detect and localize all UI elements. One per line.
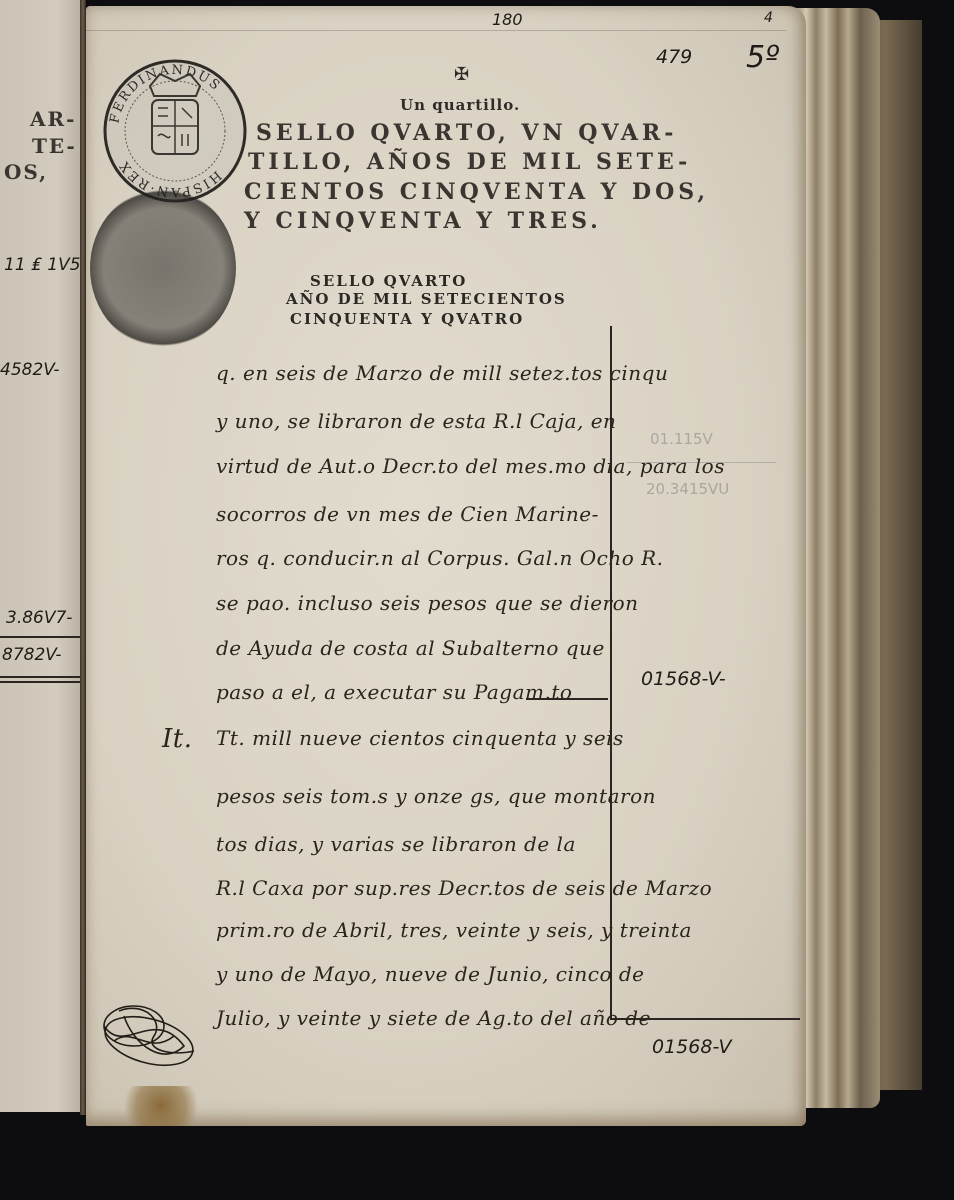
notary-flourish <box>94 996 204 1076</box>
faint-offset-amount-2: 20.3415VU <box>646 480 729 498</box>
manuscript-line-3: virtud de Aut.o Decr.to del mes.mo dia, … <box>216 454 725 478</box>
printed-header-line-4: Y CINQVENTA Y TRES. <box>244 207 602 236</box>
manuscript-line-4: socorros de vn mes de Cien Marine- <box>216 502 599 526</box>
right-margin-amount-1: 01568-V- <box>641 668 726 690</box>
left-margin-amount-4: 8782V- <box>2 645 62 665</box>
manuscript-line-7: de Ayuda de costa al Subalterno que <box>216 636 605 660</box>
manuscript-line-5: ros q. conducir.n al Corpus. Gal.n Ocho … <box>216 546 664 570</box>
printed-header-line-2: TILLO, AÑOS DE MIL SETE- <box>248 148 691 177</box>
top-fold-line <box>86 30 786 31</box>
marginal-item-label: It. <box>162 724 192 754</box>
right-margin-amount-2: 01568-V <box>652 1036 732 1058</box>
ink-dry-seal <box>90 188 236 348</box>
cross-icon: ✠ <box>454 64 469 85</box>
manuscript-line-15: Julio, y veinte y siete de Ag.to del año… <box>216 1006 651 1030</box>
coat-of-arms-seal-icon: FERDINANDUS HISPAN·REX <box>100 56 250 206</box>
royal-seal: FERDINANDUS HISPAN·REX <box>100 56 250 206</box>
left-margin-amount-2: 4582V- <box>0 360 60 380</box>
folio-number: 479 <box>656 46 692 68</box>
manuscript-line-13: prim.ro de Abril, tres, veinte y seis, y… <box>216 918 692 942</box>
manuscript-line-11: tos dias, y varias se libraron de la <box>216 832 576 856</box>
left-rule-2 <box>0 676 80 678</box>
left-rule-1 <box>0 636 80 638</box>
manuscript-line-2: y uno, se libraron de esta R.l Caja, en <box>216 409 616 433</box>
paper-stain <box>116 1086 206 1126</box>
corner-top-mark: 4 <box>764 10 773 26</box>
left-page: AR- TE- OS, 11 ₤ 1V5- 4582V- 3.86V7- 878… <box>0 0 82 1112</box>
left-printed-fragment-1: AR- <box>30 105 76 134</box>
left-margin-amount-1: 11 ₤ 1V5- <box>4 255 87 275</box>
manuscript-line-8: paso a el, a executar su Pagam.to <box>216 680 572 704</box>
manuscript-line-9: Tt. mill nueve cientos cinquenta y seis <box>216 726 624 750</box>
amount-column-rule <box>610 326 612 1020</box>
stamp-value: Un quartillo. <box>400 96 520 114</box>
top-number: 180 <box>492 10 523 29</box>
printed-header-line-1: SELLO QVARTO, VN QVAR- <box>256 119 677 148</box>
manuscript-page: 180 479 5º 4 FERDINANDUS HISPAN·REX ✠ Un… <box>86 6 806 1126</box>
left-printed-fragment-2: TE- <box>32 132 77 161</box>
manuscript-line-12: R.l Caxa por sup.res Decr.tos de seis de… <box>216 876 712 900</box>
manuscript-line-14: y uno de Mayo, nueve de Junio, cinco de <box>216 962 645 986</box>
manuscript-line-6: se pao. incluso seis pesos que se dieron <box>216 591 639 615</box>
overstamp-line-1: SELLO QVARTO <box>310 272 467 290</box>
manuscript-line-1: q. en seis de Marzo de mill setez.tos ci… <box>216 361 668 385</box>
left-rule-3 <box>0 681 80 683</box>
line-end-dash <box>526 698 608 700</box>
manuscript-line-10: pesos seis tom.s y onze gs, que montaron <box>216 784 656 808</box>
corner-mark: 5º <box>746 40 779 75</box>
overstamp-line-2: AÑO DE MIL SETECIENTOS <box>286 290 567 308</box>
left-margin-amount-3: 3.86V7- <box>6 608 72 628</box>
left-printed-fragment-3: OS, <box>4 158 48 187</box>
overstamp-line-3: CINQUENTA Y QVATRO <box>290 310 524 328</box>
signature-flourish-icon <box>94 996 204 1076</box>
printed-header-line-3: CIENTOS CINQVENTA Y DOS, <box>244 178 709 207</box>
faint-offset-amount-1: 01.115V <box>650 430 713 448</box>
